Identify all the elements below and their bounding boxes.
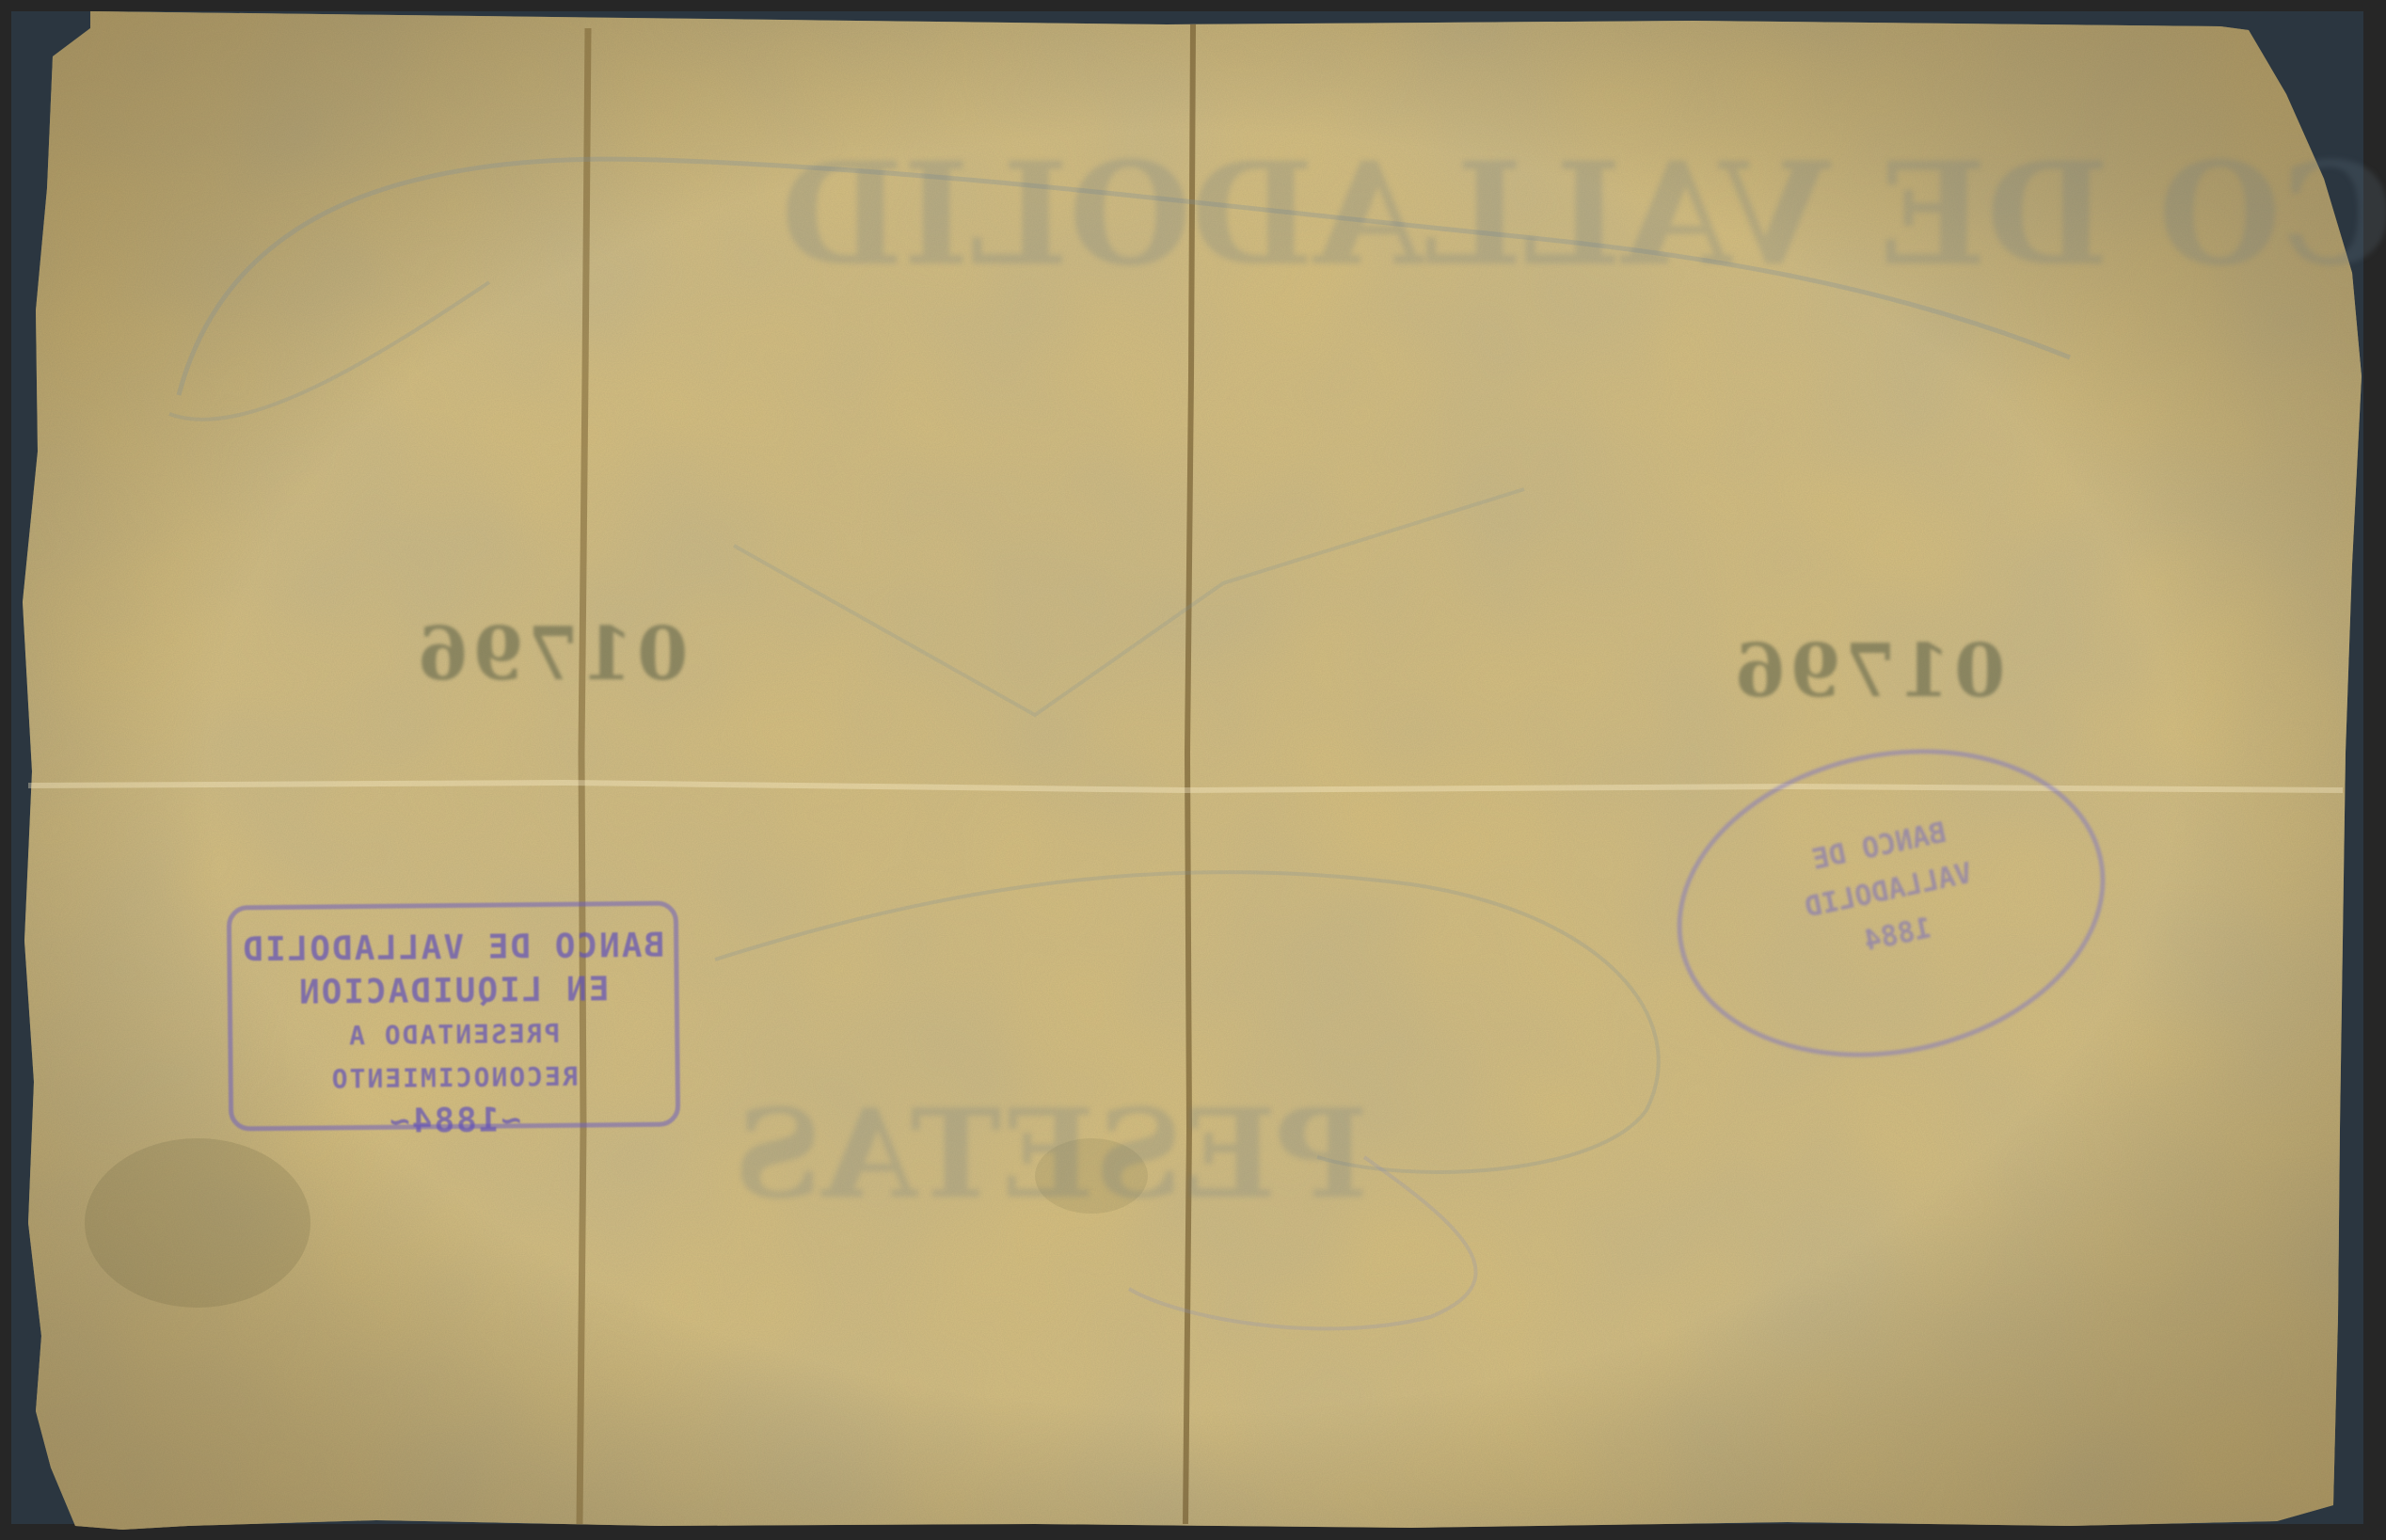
serial-number-left: 01796 — [414, 611, 688, 697]
banknote-reverse: BANCO DE VALLADOLID PESETAS 01796 01796 … — [0, 0, 2386, 1540]
show-through-value-text: PESETAS — [734, 1082, 1368, 1226]
stamp-line-presented: PRESENTADO A RECONOCIMIENTO — [232, 1011, 676, 1103]
show-through-banner-text: BANCO DE VALLADOLID — [781, 132, 2386, 297]
serial-number-right: 01796 — [1731, 628, 2005, 714]
rectangular-violet-stamp: BANCO DE VALLADOLID EN LIQUIDACION PRESE… — [227, 900, 680, 1131]
stamp-line-bank: BANCO DE VALLADOLID — [231, 925, 674, 973]
stamp-line-year: ~1884~ — [233, 1098, 676, 1146]
stamp-line-status: EN LIQUIDACION — [231, 968, 674, 1016]
